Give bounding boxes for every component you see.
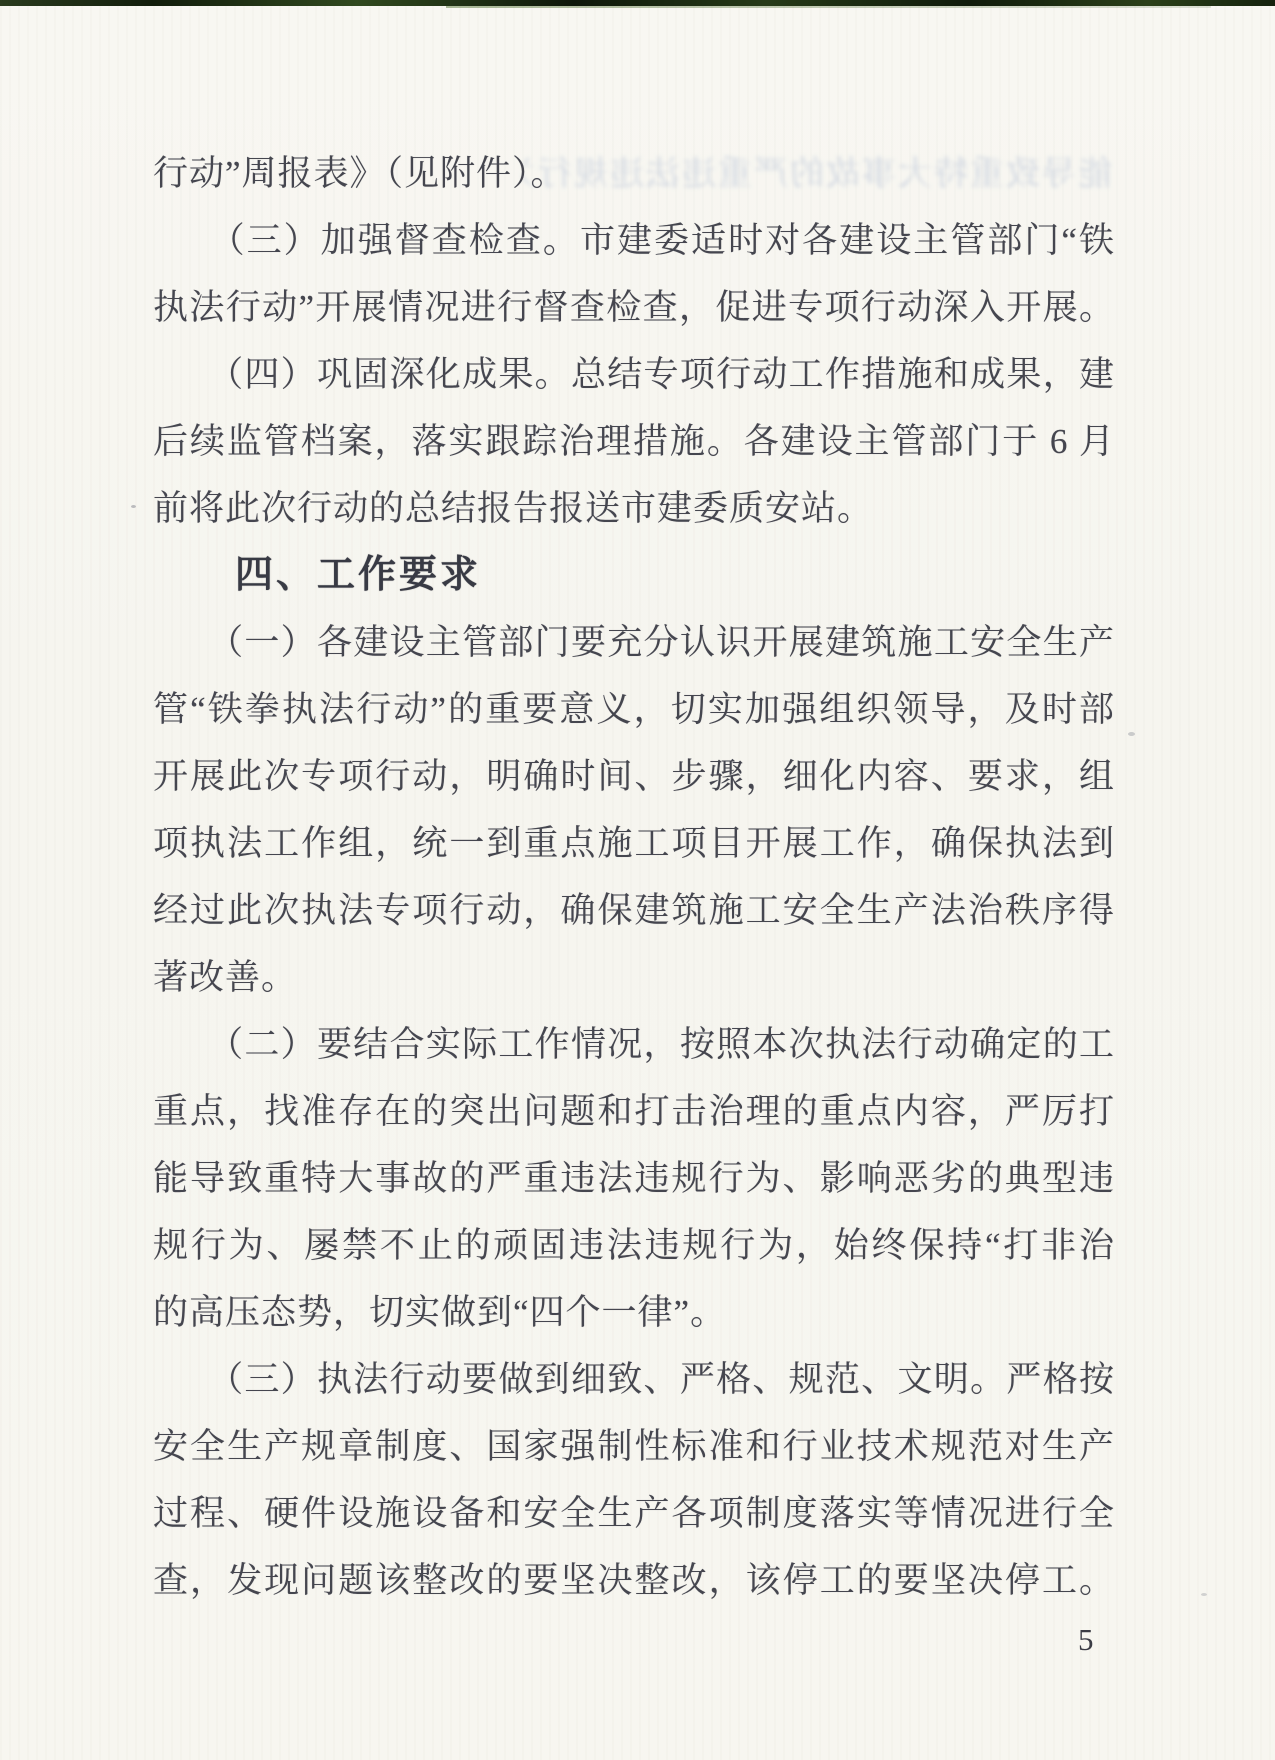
text-line: 著改善。	[153, 944, 1115, 1011]
scanned-document-page: { "page_number": "5", "colors": { "paper…	[0, 0, 1275, 1760]
scan-speck	[131, 505, 136, 508]
text-line: 规行为、屡禁不止的顽固违法违规行为，始终保持“打非治违”	[153, 1212, 1115, 1279]
text-line: （三）加强督查检查。市建委适时对各建设主管部门“铁拳	[153, 207, 1115, 274]
text-line: 后续监管档案，落实跟踪治理措施。各建设主管部门于 6 月 1 日	[153, 408, 1115, 475]
text-line: 前将此次行动的总结报告报送市建委质安站。	[153, 475, 1115, 542]
scanner-edge-artifact	[0, 0, 1275, 6]
text-line: 重点，找准存在的突出问题和打击治理的重点内容，严厉打击可	[153, 1078, 1115, 1145]
scan-speck	[1201, 1593, 1207, 1596]
text-line: 过程、硬件设施设备和安全生产各项制度落实等情况进行全面检	[153, 1480, 1115, 1547]
text-line: 查，发现问题该整改的要坚决整改，该停工的要坚决停工。同时，	[153, 1547, 1115, 1614]
text-line: 安全生产规章制度、国家强制性标准和行业技术规范对生产建设	[153, 1413, 1115, 1480]
text-line: 能导致重特大事故的严重违法违规行为、影响恶劣的典型违法违	[153, 1145, 1115, 1212]
text-line: （四）巩固深化成果。总结专项行动工作措施和成果，建立	[153, 341, 1115, 408]
text-line: 执法行动”开展情况进行督查检查，促进专项行动深入开展。	[153, 274, 1115, 341]
text-line: 管“铁拳执法行动”的重要意义，切实加强组织领导，及时部署	[153, 676, 1115, 743]
section-heading: 四、工作要求	[153, 542, 1115, 609]
text-line: （三）执法行动要做到细致、严格、规范、文明。严格按照	[153, 1346, 1115, 1413]
text-line: 经过此次执法专项行动，确保建筑施工安全生产法治秩序得到显	[153, 877, 1115, 944]
text-line: （二）要结合实际工作情况，按照本次执法行动确定的工作	[153, 1011, 1115, 1078]
page-number: 5	[1078, 1622, 1094, 1658]
text-line: 项执法工作组，统一到重点施工项目开展工作，确保执法到位。	[153, 810, 1115, 877]
scan-speck	[1128, 732, 1135, 736]
text-line: 行动”周报表》（见附件）。	[153, 140, 1115, 207]
text-line: 开展此次专项行动，明确时间、步骤，细化内容、要求，组织专	[153, 743, 1115, 810]
text-line: 的高压态势，切实做到“四个一律”。	[153, 1279, 1115, 1346]
text-line: （一）各建设主管部门要充分认识开展建筑施工安全生产监	[153, 609, 1115, 676]
document-body: 行动”周报表》（见附件）。 （三）加强督查检查。市建委适时对各建设主管部门“铁拳…	[153, 140, 1115, 1614]
